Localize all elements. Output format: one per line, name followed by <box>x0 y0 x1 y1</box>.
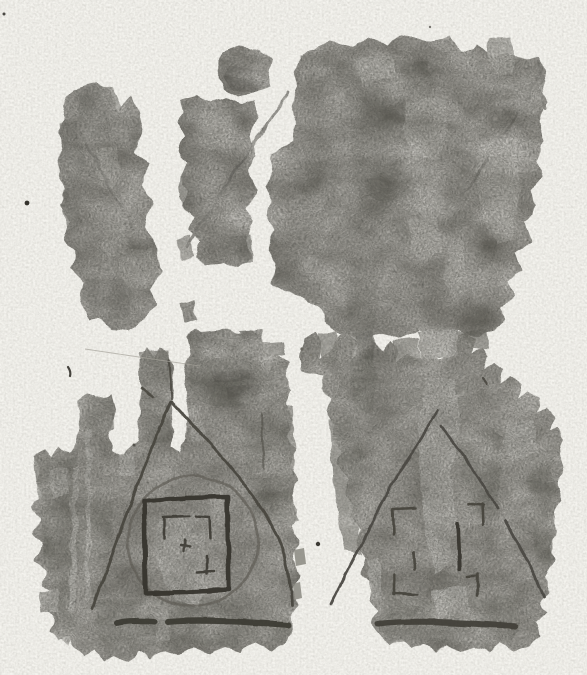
right-inner-bold-vertical <box>458 523 460 569</box>
top-left-speck <box>3 13 6 16</box>
small-speck <box>310 354 312 356</box>
fragment-upper-right-mass <box>265 35 548 341</box>
small-speck <box>133 444 136 447</box>
artifact-photo-page <box>0 0 587 675</box>
left-margin-dot <box>25 201 30 206</box>
gap-dot <box>316 542 320 546</box>
silk-map-fragments-photo <box>0 0 587 675</box>
upper-gap-speck <box>429 26 431 28</box>
dark-finger-core <box>355 333 376 362</box>
small-speck <box>300 347 303 350</box>
